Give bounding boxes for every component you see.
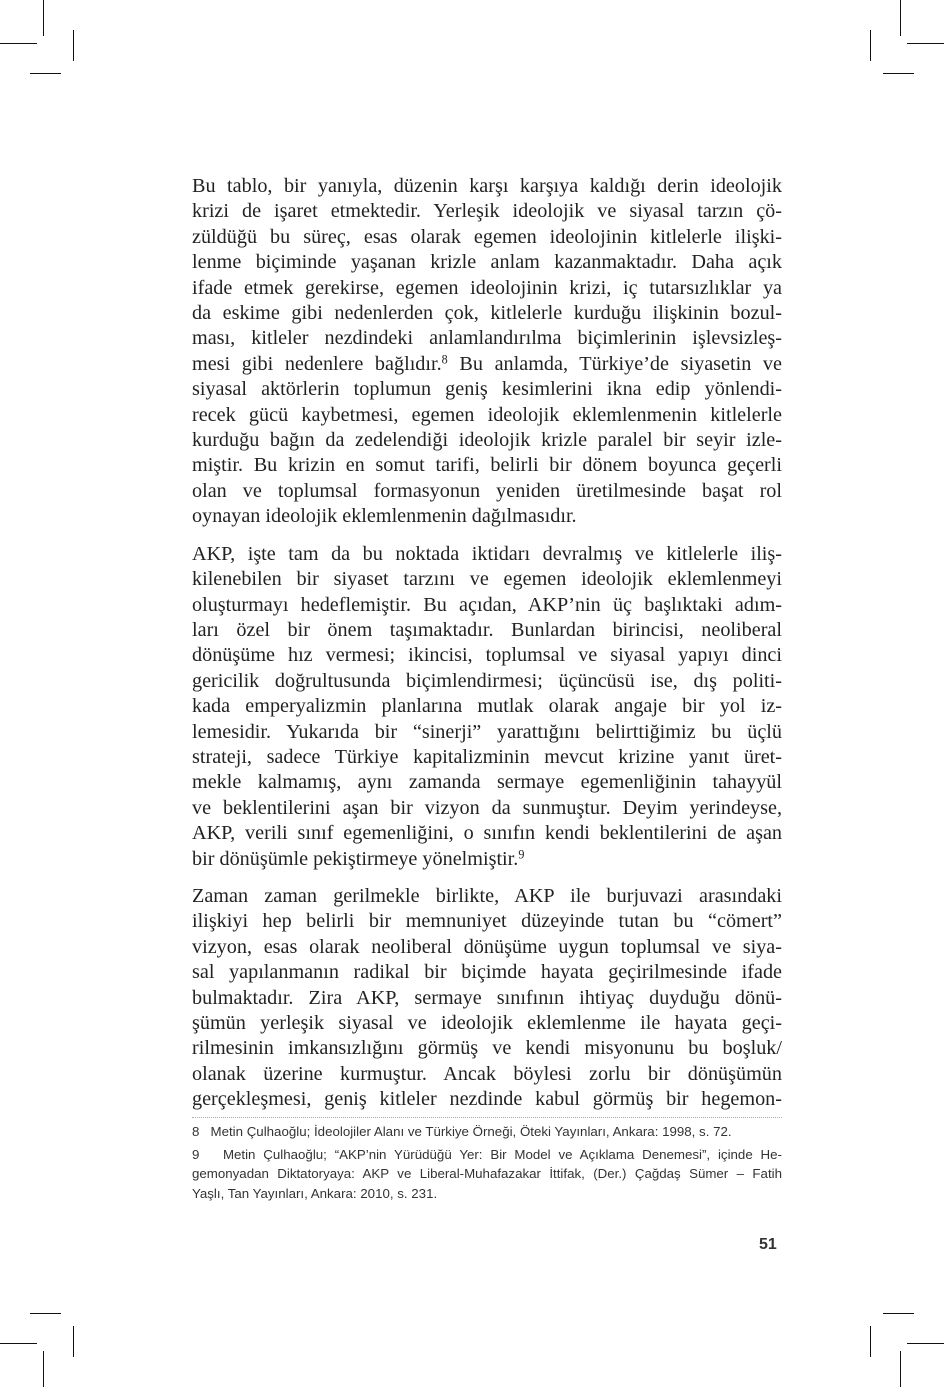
footnote-text: Metin Çulhaoğlu; İdeolojiler Alanı ve Tü… <box>211 1124 732 1139</box>
crop-mark-tl-h2 <box>30 73 61 74</box>
text-line: mesi gibi nedenlere bağlıdır.8 Bu anlamd… <box>192 352 782 377</box>
text-line: krizi de işaret etmektedir. Yerleşik ide… <box>192 199 782 224</box>
footnote-9: 9 Metin Çulhaoğlu; “AKP’nin Yürüdüğü Yer… <box>192 1145 782 1204</box>
crop-mark-br-v2 <box>870 1326 871 1357</box>
footnote-text: Metin Çulhaoğlu; “AKP’nin Yürüdüğü Yer: … <box>223 1147 782 1162</box>
crop-mark-bl-v2 <box>73 1326 74 1357</box>
text-line: miştir. Bu krizin en somut tarifi, belir… <box>192 453 782 478</box>
text-line: ve beklentilerini aşan bir vizyon da sun… <box>192 796 782 821</box>
text-line: kada emperyalizmin planlarına mutlak ola… <box>192 694 782 719</box>
crop-mark-tl-v2 <box>73 30 74 61</box>
paragraph-3: Zaman zaman gerilmekle birlikte, AKP ile… <box>192 884 782 1113</box>
crop-mark-tl-h <box>0 43 37 44</box>
page-number: 51 <box>759 1236 777 1254</box>
paragraph-2: AKP, işte tam da bu noktada iktidarı dev… <box>192 542 782 872</box>
text-line: olan ve toplumsal formasyonun yeniden ür… <box>192 479 782 504</box>
footnote-line: Yaşlı, Tan Yayınları, Ankara: 2010, s. 2… <box>192 1184 782 1204</box>
text-line: da eskime gibi nedenlerden çok, kitleler… <box>192 301 782 326</box>
text-line: kurduğu bağın da zedelendiği ideolojik k… <box>192 428 782 453</box>
crop-mark-tr-v2 <box>870 30 871 61</box>
footnotes: 8 Metin Çulhaoğlu; İdeolojiler Alanı ve … <box>192 1117 782 1206</box>
text-line: AKP, işte tam da bu noktada iktidarı dev… <box>192 542 782 567</box>
text-line: lemesidir. Yukarıda bir “sinerji” yaratt… <box>192 720 782 745</box>
footnote-8: 8 Metin Çulhaoğlu; İdeolojiler Alanı ve … <box>192 1122 782 1142</box>
footnote-line: gemonyadan Diktatoryaya: AKP ve Liberal-… <box>192 1164 782 1184</box>
text-line: recek gücü kaybetmesi, egemen ideolojik … <box>192 403 782 428</box>
text-line: kilenebilen bir siyaset tarzını ve egeme… <box>192 567 782 592</box>
text-fragment: Bu anlamda, Türkiye’de siyasetin ve <box>448 353 782 375</box>
text-line: strateji, sadece Türkiye kapitalizminin … <box>192 745 782 770</box>
footnote-line: 9 Metin Çulhaoğlu; “AKP’nin Yürüdüğü Yer… <box>192 1145 782 1165</box>
text-fragment: mesi gibi nedenlere bağlıdır. <box>192 353 442 375</box>
text-line: oluşturmayı hedeflemiştir. Bu açıdan, AK… <box>192 593 782 618</box>
crop-mark-tl-v <box>43 0 44 36</box>
text-line: ları özel bir önem taşımaktadır. Bunlard… <box>192 618 782 643</box>
crop-mark-tr-h <box>907 43 944 44</box>
text-line: bulmaktadır. Zira AKP, sermaye sınıfının… <box>192 986 782 1011</box>
footnote-ref-9[interactable]: 9 <box>518 847 524 861</box>
text-line: siyasal aktörlerin toplumun geniş kesiml… <box>192 377 782 402</box>
text-line: ilişkiyi hep belirli bir memnuniyet düze… <box>192 909 782 934</box>
body-text: Bu tablo, bir yanıyla, düzenin karşı kar… <box>192 174 782 1125</box>
text-line: rilmesinin imkansızlığını görmüş ve kend… <box>192 1036 782 1061</box>
text-line: dönüşüme hız vermesi; ikincisi, toplumsa… <box>192 643 782 668</box>
paragraph-1: Bu tablo, bir yanıyla, düzenin karşı kar… <box>192 174 782 530</box>
text-line: şümün yerleşik siyasal ve ideolojik ekle… <box>192 1011 782 1036</box>
text-line: bir dönüşümle pekiştirmeye yönelmiştir.9 <box>192 847 782 872</box>
text-line: gericilik doğrultusunda biçimlendirmesi;… <box>192 669 782 694</box>
text-line: AKP, verili sınıf egemenliğini, o sınıfı… <box>192 821 782 846</box>
footnote-number: 9 <box>192 1147 199 1162</box>
crop-mark-br-h <box>907 1343 944 1344</box>
footnote-number: 8 <box>192 1124 199 1139</box>
crop-mark-bl-h2 <box>30 1313 61 1314</box>
text-line: oynayan ideolojik eklemlenmenin dağılmas… <box>192 504 782 529</box>
text-line: Bu tablo, bir yanıyla, düzenin karşı kar… <box>192 174 782 199</box>
text-line: züldüğü bu süreç, esas olarak egemen ide… <box>192 225 782 250</box>
text-line: olanak üzerine kurmuştur. Ancak böylesi … <box>192 1062 782 1087</box>
text-line: sal yapılanmanın radikal bir biçimde hay… <box>192 960 782 985</box>
text-line: vizyon, esas olarak neoliberal dönüşüme … <box>192 935 782 960</box>
text-line: gerçekleşmesi, geniş kitleler nezdinde k… <box>192 1087 782 1112</box>
crop-mark-tr-v <box>900 0 901 36</box>
text-line: Zaman zaman gerilmekle birlikte, AKP ile… <box>192 884 782 909</box>
crop-mark-br-v <box>900 1351 901 1387</box>
text-line: lenme biçiminde yaşanan krizle anlam kaz… <box>192 250 782 275</box>
text-line: ması, kitleler nezdindeki anlamlandırılm… <box>192 326 782 351</box>
crop-mark-tr-h2 <box>883 73 914 74</box>
text-line: ifade etmek gerekirse, egemen ideolojini… <box>192 276 782 301</box>
text-fragment: bir dönüşümle pekiştirmeye yönelmiştir. <box>192 848 518 870</box>
crop-mark-br-h2 <box>883 1313 914 1314</box>
crop-mark-bl-h <box>0 1343 37 1344</box>
footnote-line: 8 Metin Çulhaoğlu; İdeolojiler Alanı ve … <box>192 1122 782 1142</box>
text-line: mekle kalmamış, aynı zamanda sermaye ege… <box>192 770 782 795</box>
crop-mark-bl-v <box>43 1351 44 1387</box>
